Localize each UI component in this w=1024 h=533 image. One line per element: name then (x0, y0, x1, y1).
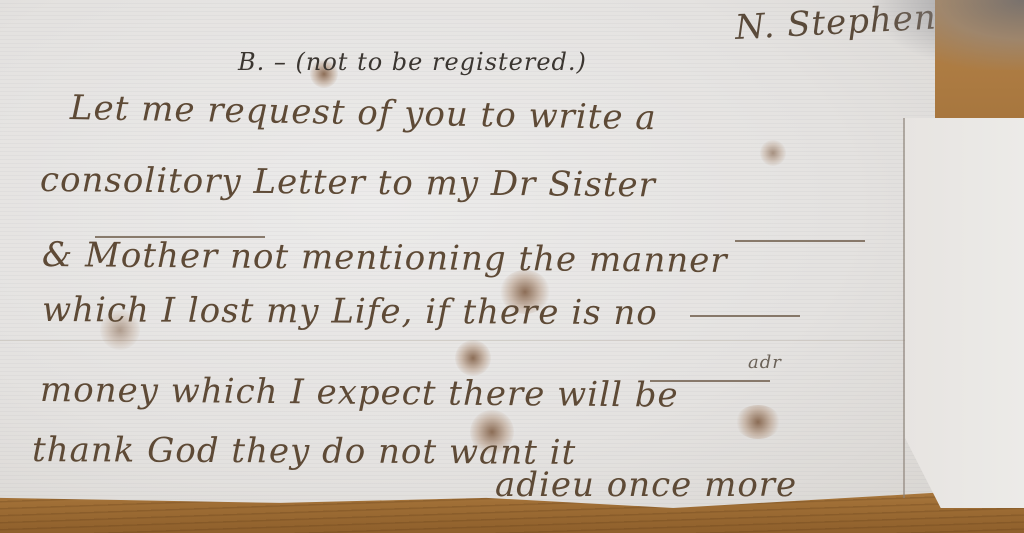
ink-stain (760, 140, 786, 166)
interlinear-insertion: adr (748, 352, 782, 373)
pen-stroke (690, 315, 800, 317)
letter-line-5: money which I expect there will be (40, 370, 679, 416)
corner-shadow (874, 0, 1024, 70)
letter-line-2: consolitory Letter to my Dr Sister (40, 160, 656, 205)
paper-fold-edge (903, 118, 905, 498)
photo-stage: B. – (not to be registered.) N. Stephens… (0, 0, 1024, 533)
folded-paper-flap (905, 118, 1024, 508)
letter-heading: B. – (not to be registered.) (238, 48, 587, 76)
pen-stroke (95, 236, 265, 238)
pen-stroke (735, 240, 865, 242)
letter-closing: adieu once more (495, 465, 797, 505)
ink-stain (735, 405, 781, 439)
letter-line-1: Let me request of you to write a (70, 88, 657, 138)
pen-stroke (650, 380, 770, 382)
letter-line-3: & Mother not mentioning the manner (42, 235, 728, 281)
letter-line-4: which I lost my Life, if there is no (42, 290, 658, 333)
letter-paper: B. – (not to be registered.) N. Stephens… (0, 0, 935, 508)
ink-stain (455, 340, 491, 376)
